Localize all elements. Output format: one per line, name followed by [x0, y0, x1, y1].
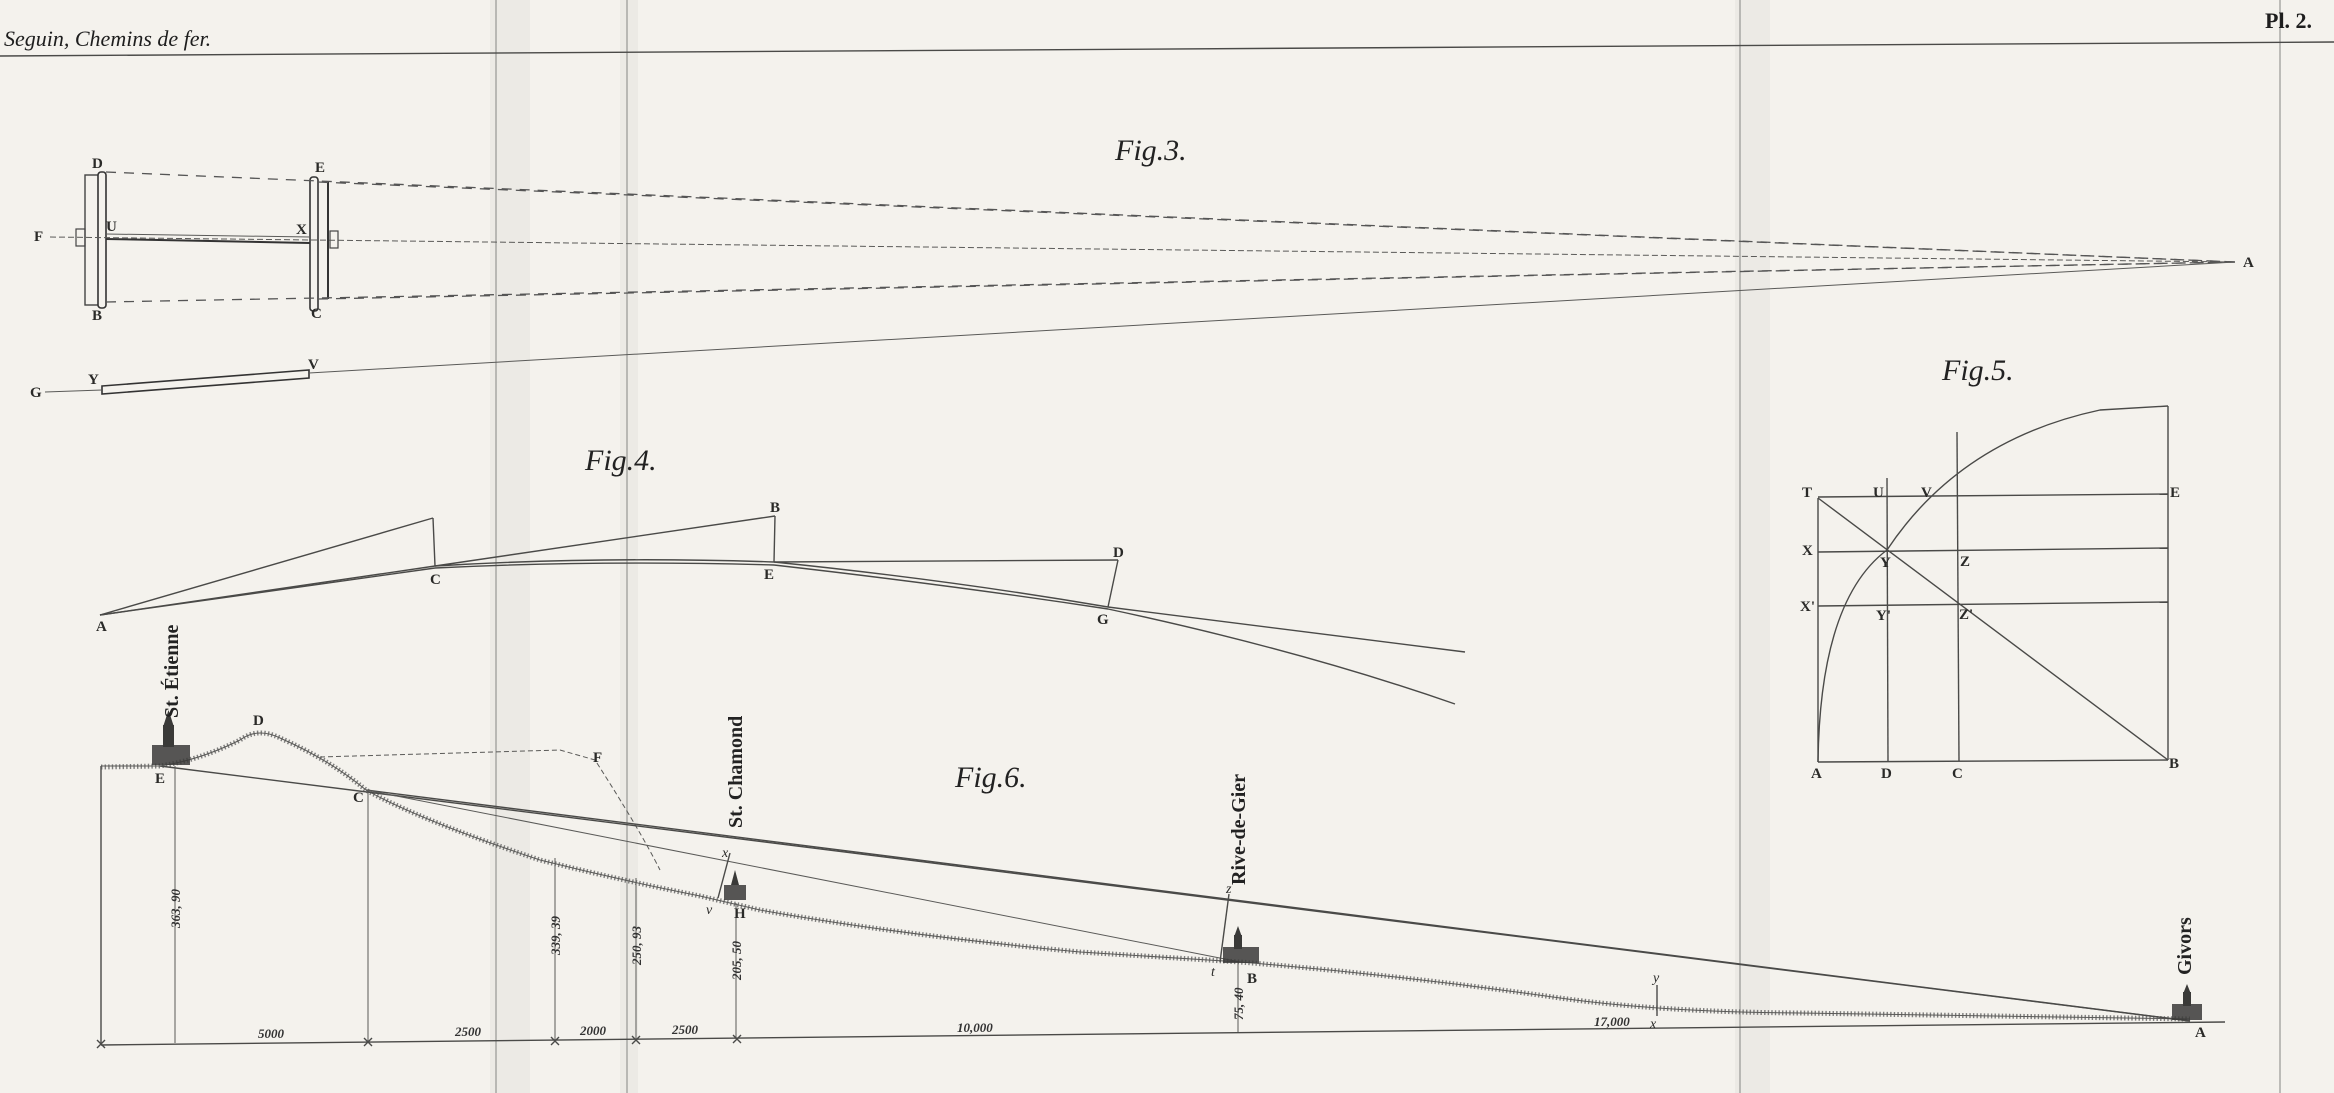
fig6-label-H: H: [734, 906, 746, 922]
fig6-label-C: C: [353, 790, 364, 806]
fig6-label-z: z: [1225, 882, 1232, 897]
fig3-label-D: D: [92, 156, 103, 172]
fig5-label-Y: Y: [1880, 555, 1891, 571]
fig5-label-C: C: [1952, 766, 1963, 782]
fig4-label-E: E: [764, 567, 774, 583]
elevation-label: 75, 40: [1231, 987, 1246, 1020]
engraved-plate: Seguin, Chemins de fer. Pl. 2. Fig.3. D …: [0, 0, 2334, 1093]
plate-header-title: Seguin, Chemins de fer.: [4, 26, 211, 51]
distance-label: 5000: [258, 1026, 285, 1041]
plate-number: Pl. 2.: [2265, 8, 2312, 33]
town-label-rive-de-gier: Rive-de-Gier: [1228, 774, 1250, 885]
distance-label: 10,000: [957, 1020, 993, 1035]
distance-label: 17,000: [1594, 1014, 1630, 1029]
town-label-st-etienne: St. Étienne: [160, 625, 183, 718]
fig6-label-y: y: [1651, 971, 1660, 986]
elevation-label: 250, 93: [629, 926, 644, 967]
fig5-label-A: A: [1811, 766, 1822, 782]
distance-label: 2500: [454, 1024, 482, 1039]
fig6-label-D: D: [253, 713, 264, 729]
fig3-label-C: C: [311, 306, 322, 322]
fig3-label-G: G: [30, 385, 42, 401]
fig5-label-Y-prime: Y': [1876, 608, 1891, 624]
fig5-label-E: E: [2170, 485, 2180, 501]
fig4-label-G: G: [1097, 612, 1109, 628]
fig4-label-D: D: [1113, 545, 1124, 561]
fig5-label-X-prime: X': [1800, 599, 1815, 615]
town-label-givors: Givors: [2174, 917, 2196, 975]
fig5-label-U: U: [1873, 485, 1884, 501]
fig6-label-v: v: [706, 903, 713, 918]
fig5-label-V: V: [1921, 485, 1932, 501]
distance-label: 2000: [579, 1023, 607, 1038]
fig3-label-U: U: [106, 219, 117, 235]
fig5-label-X: X: [1802, 543, 1813, 559]
fig5-label-B: B: [2169, 756, 2179, 772]
fig3-label-Y: Y: [88, 372, 99, 388]
fig3-label-V: V: [308, 357, 319, 373]
distance-label: 2500: [671, 1022, 699, 1037]
fig6-label-A: A: [2195, 1025, 2206, 1041]
fig3-label-B: B: [92, 308, 102, 324]
fig3-label-F: F: [34, 229, 43, 245]
fig3-title: Fig.3.: [1114, 134, 1187, 167]
elevation-label: 363, 90: [168, 889, 183, 930]
fig6-label-x-lower: x: [1649, 1017, 1657, 1032]
fig4-label-B: B: [770, 500, 780, 516]
fig6-label-x: x: [721, 846, 729, 861]
fig4-title: Fig.4.: [584, 444, 657, 477]
elevation-label: 205, 50: [729, 941, 744, 982]
fig3-label-E: E: [315, 160, 325, 176]
fig6-label-F: F: [593, 750, 602, 766]
fig4-label-C: C: [430, 572, 441, 588]
elevation-label: 339, 39: [548, 916, 563, 957]
fig3-label-A: A: [2243, 255, 2254, 271]
fig5-label-T: T: [1802, 485, 1812, 501]
fig5-label-Z-prime: Z': [1959, 607, 1973, 623]
fig6-title: Fig.6.: [954, 761, 1027, 794]
fig3-label-X: X: [296, 222, 307, 238]
fig6-label-E: E: [155, 771, 165, 787]
fig5-title: Fig.5.: [1941, 354, 2014, 387]
town-label-st-chamond: St. Chamond: [725, 716, 747, 828]
fig6-label-B: B: [1247, 971, 1257, 987]
fig4-label-A: A: [96, 619, 107, 635]
fig5-label-D: D: [1881, 766, 1892, 782]
fig5-label-Z: Z: [1960, 554, 1970, 570]
